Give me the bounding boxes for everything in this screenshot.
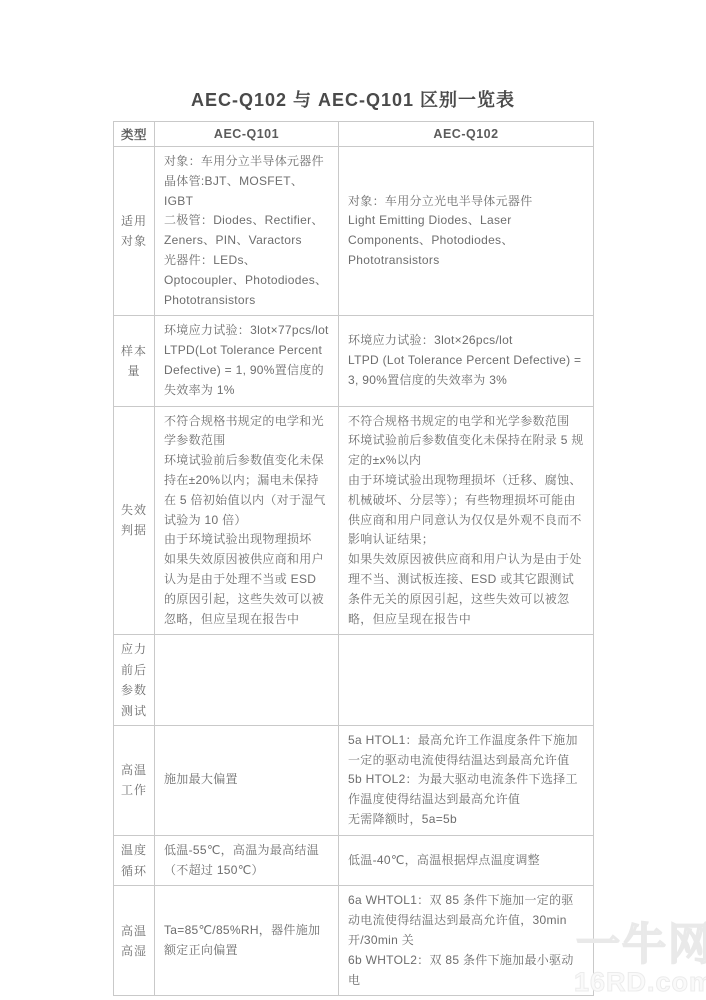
cell-line: 二极管：Diodes、Rectifier、Zeners、PIN、Varactor… [164, 211, 329, 251]
q102-cell: 不符合规格书规定的电学和光学参数范围环境试验前后参数值变化未保持在附录 5 规定… [339, 406, 594, 635]
cell-line: 如果失效原因被供应商和用户认为是由于处理不当或 ESD 的原因引起，这些失效可以… [164, 550, 329, 629]
q101-cell [155, 635, 339, 726]
cell-line: 无需降额时，5a=5b [348, 810, 584, 830]
table-header: 类型 AEC-Q101 AEC-Q102 [114, 122, 594, 147]
header-row: 类型 AEC-Q101 AEC-Q102 [114, 122, 594, 147]
table-row: 失效判据不符合规格书规定的电学和光学参数范围环境试验前后参数值变化未保持在±20… [114, 406, 594, 635]
cell-line: 环境试验前后参数值变化未保持在附录 5 规定的±x%以内 [348, 431, 584, 471]
cell-line: 环境应力试验：3lot×26pcs/lot [348, 331, 584, 351]
cell-line: 由于环境试验出现物理损坏 [164, 530, 329, 550]
q102-cell: 6a WHTOL1：双 85 条件下施加一定的驱动电流使得结温达到最高允许值，3… [339, 886, 594, 996]
cell-line: 低温-55℃，高温为最高结温 [164, 841, 329, 861]
cell-line: LTPD (Lot Tolerance Percent Defective) =… [348, 351, 584, 391]
cell-line: 5b HTOL2：为最大驱动电流条件下选择工作温度使得结温达到最高允许值 [348, 770, 584, 810]
cell-line: 由于环境试验出现物理损坏（迁移、腐蚀、机械破坏、分层等）；有些物理损坏可能由供应… [348, 471, 584, 550]
cell-line: 不符合规格书规定的电学和光学参数范围 [348, 412, 584, 432]
q101-cell: Ta=85℃/85%RH，器件施加额定正向偏置 [155, 886, 339, 996]
cell-line: 低温-40℃，高温根据焊点温度调整 [348, 851, 584, 871]
q102-cell [339, 635, 594, 726]
q102-cell: 低温-40℃，高温根据焊点温度调整 [339, 835, 594, 886]
cell-line: 5a HTOL1：最高允许工作温度条件下施加一定的驱动电流使得结温达到最高允许值 [348, 731, 584, 771]
table-body: 适用对象对象：车用分立半导体元器件晶体管:BJT、MOSFET、IGBT二极管：… [114, 147, 594, 996]
cell-line: 环境试验前后参数值变化未保持在±20%以内；漏电未保持在 5 倍初始值以内（对于… [164, 451, 329, 530]
cell-line: 如果失效原因被供应商和用户认为是由于处理不当、测试板连接、ESD 或其它跟测试条… [348, 550, 584, 629]
table-row: 温度循环低温-55℃，高温为最高结温（不超过 150℃）低温-40℃，高温根据焊… [114, 835, 594, 886]
comparison-table: 类型 AEC-Q101 AEC-Q102 适用对象对象：车用分立半导体元器件晶体… [113, 121, 594, 996]
q102-cell: 环境应力试验：3lot×26pcs/lotLTPD (Lot Tolerance… [339, 316, 594, 406]
cell-line: LTPD(Lot Tolerance Percent Defective) = … [164, 341, 329, 400]
cell-line: 6b WHTOL2：双 85 条件下施加最小驱动电 [348, 951, 584, 991]
table-row: 适用对象对象：车用分立半导体元器件晶体管:BJT、MOSFET、IGBT二极管：… [114, 147, 594, 316]
cell-line: 对象：车用分立半导体元器件 [164, 152, 329, 172]
table-row: 高温工作施加最大偏置5a HTOL1：最高允许工作温度条件下施加一定的驱动电流使… [114, 725, 594, 835]
row-type-label: 高温工作 [114, 725, 155, 835]
row-type-label: 温度循环 [114, 835, 155, 886]
q101-cell: 环境应力试验：3lot×77pcs/lotLTPD(Lot Tolerance … [155, 316, 339, 406]
table-row: 样本量环境应力试验：3lot×77pcs/lotLTPD(Lot Toleran… [114, 316, 594, 406]
q102-cell: 5a HTOL1：最高允许工作温度条件下施加一定的驱动电流使得结温达到最高允许值… [339, 725, 594, 835]
row-type-label: 高温高湿 [114, 886, 155, 996]
cell-line: 环境应力试验：3lot×77pcs/lot [164, 321, 329, 341]
cell-line: Ta=85℃/85%RH，器件施加额定正向偏置 [164, 921, 329, 961]
header-type: 类型 [114, 122, 155, 147]
cell-line: Light Emitting Diodes、Laser Components、P… [348, 211, 584, 270]
table-row: 应力前后参数测试 [114, 635, 594, 726]
q102-cell: 对象：车用分立光电半导体元器件Light Emitting Diodes、Las… [339, 147, 594, 316]
header-aec-q101: AEC-Q101 [155, 122, 339, 147]
cell-line: 6a WHTOL1：双 85 条件下施加一定的驱动电流使得结温达到最高允许值，3… [348, 891, 584, 950]
cell-line: 对象：车用分立光电半导体元器件 [348, 192, 584, 212]
cell-line: （不超过 150℃） [164, 861, 329, 881]
q101-cell: 低温-55℃，高温为最高结温（不超过 150℃） [155, 835, 339, 886]
cell-line: 光器件：LEDs、Optocoupler、Photodiodes、Phototr… [164, 251, 329, 310]
cell-line: 不符合规格书规定的电学和光学参数范围 [164, 412, 329, 452]
row-type-label: 失效判据 [114, 406, 155, 635]
table-row: 高温高湿Ta=85℃/85%RH，器件施加额定正向偏置6a WHTOL1：双 8… [114, 886, 594, 996]
q101-cell: 施加最大偏置 [155, 725, 339, 835]
page-title: AEC-Q102 与 AEC-Q101 区别一览表 [0, 86, 706, 112]
cell-line: 晶体管:BJT、MOSFET、IGBT [164, 172, 329, 212]
q101-cell: 对象：车用分立半导体元器件晶体管:BJT、MOSFET、IGBT二极管：Diod… [155, 147, 339, 316]
q101-cell: 不符合规格书规定的电学和光学参数范围环境试验前后参数值变化未保持在±20%以内；… [155, 406, 339, 635]
header-aec-q102: AEC-Q102 [339, 122, 594, 147]
row-type-label: 样本量 [114, 316, 155, 406]
cell-line: 施加最大偏置 [164, 770, 329, 790]
row-type-label: 应力前后参数测试 [114, 635, 155, 726]
row-type-label: 适用对象 [114, 147, 155, 316]
